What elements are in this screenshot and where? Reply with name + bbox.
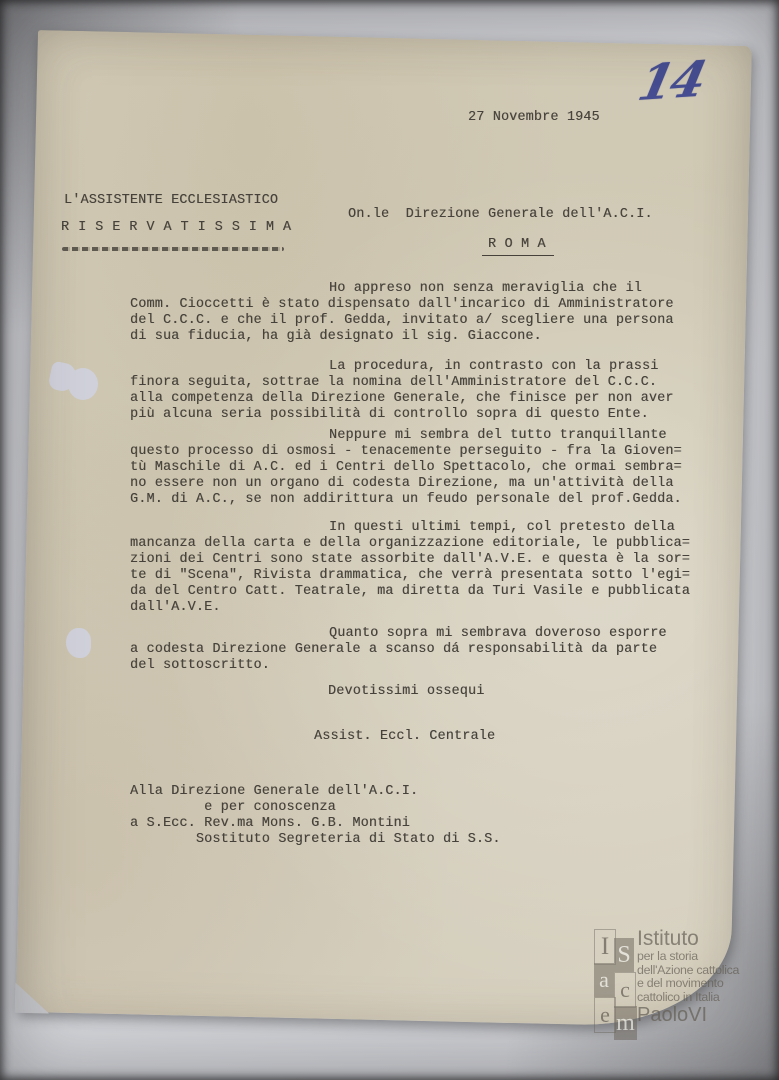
paragraph-1: Ho appreso non senza meraviglia che ilCo…	[130, 281, 700, 345]
watermark-letter-s: S	[614, 938, 634, 972]
watermark-letter-c: c	[614, 972, 636, 1008]
text-line: mancanza della carta e della organizzazi…	[130, 536, 700, 552]
distribution-block: Alla Direzione Generale dell'A.C.I. e pe…	[130, 784, 501, 848]
dashed-underline	[62, 247, 284, 251]
scanned-letter-photo: 14 27 Novembre 1945 L'ASSISTENTE ECCLESI…	[0, 0, 779, 1080]
watermark-letter-i: I	[594, 929, 616, 965]
text-line: finora seguita, sottrae la nomina dell'A…	[130, 375, 700, 391]
watermark-letter-a: a	[594, 963, 614, 997]
watermark-letter-e: e	[594, 997, 616, 1033]
recipient-line: On.le Direzione Generale dell'A.C.I.	[348, 207, 653, 223]
watermark-text: Istituto per la storia dell'Azione catto…	[637, 927, 767, 1027]
text-line: e per conoscenza	[130, 800, 501, 816]
text-line: a S.Ecc. Rev.ma Mons. G.B. Montini	[130, 816, 501, 832]
watermark-line: cattolico in Italia	[637, 991, 767, 1005]
punch-hole-top	[68, 368, 98, 400]
closing-salutation: Devotissimi ossequi	[328, 684, 484, 700]
text-line: del sottoscritto.	[130, 658, 700, 674]
text-line: alla competenza della Direzione Generale…	[130, 391, 700, 407]
text-line: dall'A.V.E.	[130, 600, 700, 616]
text-line: zioni dei Centri sono state assorbite da…	[130, 552, 700, 568]
sender-title: L'ASSISTENTE ECCLESIASTICO	[64, 193, 278, 209]
text-line: no essere non un organo di codesta Direz…	[130, 476, 700, 492]
text-line: te di "Scena", Rivista drammatica, che v…	[130, 568, 700, 584]
text-line: Quanto sopra mi sembrava doveroso esporr…	[130, 626, 700, 642]
text-line: Ho appreso non senza meraviglia che il	[130, 281, 700, 297]
watermark-line: dell'Azione cattolica	[637, 964, 767, 978]
date-line: 27 Novembre 1945	[468, 110, 600, 126]
text-line: Alla Direzione Generale dell'A.C.I.	[130, 784, 501, 800]
text-line: di sua fiducia, ha già designato il sig.…	[130, 329, 700, 345]
text-line: tù Maschile di A.C. ed i Centri dello Sp…	[130, 460, 700, 476]
text-line: In questi ultimi tempi, col pretesto del…	[130, 520, 700, 536]
watermark-letter-m: m	[614, 1006, 637, 1040]
text-line: Comm. Cioccetti è stato dispensato dall'…	[130, 297, 700, 313]
recipient-city: R O M A	[482, 237, 554, 256]
watermark-footer: PaoloVI	[637, 1004, 767, 1027]
text-line: Neppure mi sembra del tutto tranquillant…	[130, 428, 700, 444]
paragraph-2: La procedura, in contrasto con la prassi…	[130, 359, 700, 423]
text-line: da del Centro Catt. Teatrale, ma diretta…	[130, 584, 700, 600]
corner-fold-cut	[15, 983, 50, 1014]
paragraph-3: Neppure mi sembra del tutto tranquillant…	[130, 428, 700, 508]
paragraph-4: In questi ultimi tempi, col pretesto del…	[130, 520, 700, 617]
text-line: più alcuna seria possibilità di controll…	[130, 407, 700, 423]
text-line: del C.C.C. e che il prof. Gedda, invitat…	[130, 313, 700, 329]
watermark-title: Istituto	[637, 927, 767, 950]
watermark-line: e del movimento	[637, 977, 767, 991]
punch-hole-bottom	[66, 628, 91, 658]
text-line: Sostituto Segreteria di Stato di S.S.	[130, 832, 501, 848]
paragraph-5: Quanto sopra mi sembrava doveroso esporr…	[130, 626, 700, 674]
text-line: G.M. di A.C., se non addirittura un feud…	[130, 492, 700, 508]
text-line: a codesta Direzione Generale a scanso dá…	[130, 642, 700, 658]
watermark-line: per la storia	[637, 950, 767, 964]
closing-signature: Assist. Eccl. Centrale	[314, 729, 495, 745]
text-line: questo processo di osmosi - tenacemente …	[130, 444, 700, 460]
text-line: La procedura, in contrasto con la prassi	[130, 359, 700, 375]
classification-label: R I S E R V A T I S S I M A	[61, 220, 291, 236]
